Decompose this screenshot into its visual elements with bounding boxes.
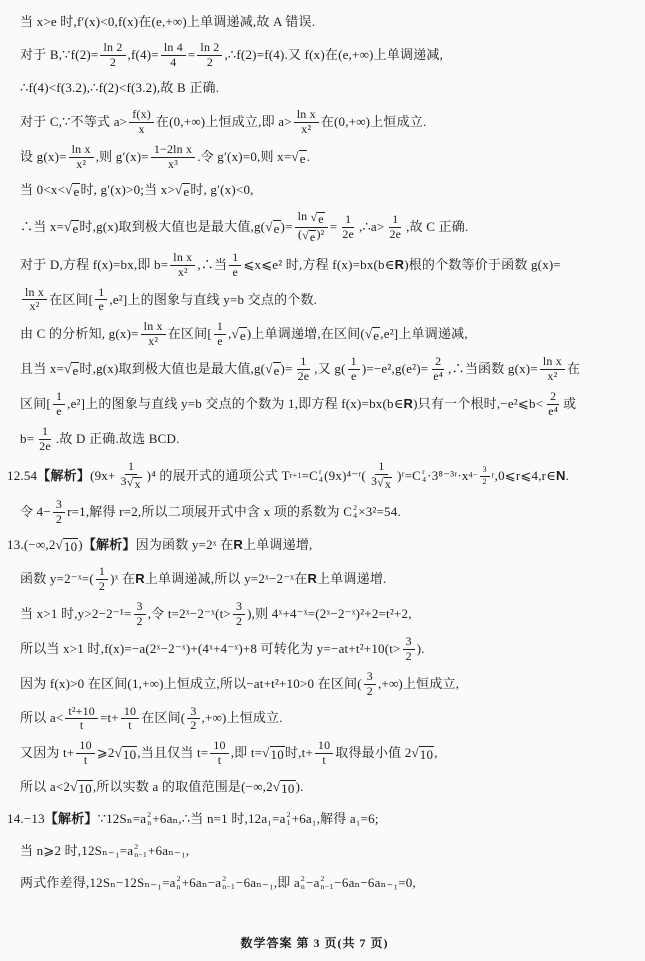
sqrt-radical: √e [64,362,79,377]
solution-line: 由 C 的分析知, g(x)=ln xx²在区间[1e,√e)上单调递增,在区间… [20,321,629,348]
fraction: 10t [315,740,333,767]
solution-line: 当 0<x<√e时, g′(x)>0;当 x>√e时, g′(x)<0, [20,179,629,203]
fraction: 12e [386,214,404,241]
fraction: 13√x [368,461,395,491]
solution-line: 当 n⩾2 时,12Sₙ₋₁=a2n−1+6aₙ₋₁, [20,839,629,863]
solution-line: 所以当 x>1 时,f(x)=−a(2ˣ−2⁻ˣ)+(4ˣ+4⁻ˣ)+8 可转化… [20,636,629,663]
fraction: 12 [96,566,108,593]
sup-sub-stack: r4 [422,468,426,484]
sup-sub-stack: 2n [177,875,181,891]
solution-line: 当 x>e 时,f′(x)<0,f(x)在(e,+∞)上单调递减,故 A 错误. [20,10,629,34]
answer-sheet-page: 当 x>e 时,f′(x)<0,f(x)在(e,+∞)上单调递减,故 A 错误.… [0,0,645,961]
page-footer: 数学答案 第 3 页(共 7 页) [0,930,629,961]
solution-line: 对于 D,方程 f(x)=bx,即 b=ln xx²,∴当1e⩽x⩽e² 时,方… [20,252,629,279]
fraction: ln 44 [161,42,186,69]
fraction: 13√x [118,461,145,491]
solution-line: 两式作差得,12Sₙ−12Sₙ₋₁=a2n+6aₙ−a2n−1−6aₙ₋₁,即 … [20,871,629,895]
fraction: 1e [348,356,360,383]
solution-line: 12.54 【解析】(9x+13√x)⁴ 的展开式的通项公式 Tr+1=Cr4(… [7,461,629,491]
fraction: 1−2ln xx³ [151,144,195,171]
fraction: ln xx² [141,321,166,348]
solution-line: ln xx²在区间[1e,e²]上的图象与直线 y=b 交点的个数. [20,287,629,314]
solution-line: 区间[1e,e²]上的图象与直线 y=b 交点的个数为 1,即方程 f(x)=b… [20,391,629,418]
fraction: 32 [187,706,199,733]
fraction: 12e [339,214,357,241]
solution-line: 对于 C,∵不等式 a>f(x)x在(0,+∞)上恒成立,即 a>ln xx²在… [20,109,629,136]
sqrt-radical: √e [265,362,280,377]
fraction: ln xx² [294,109,319,136]
sqrt-radical: √e [302,230,316,244]
fraction: 32 [134,601,146,628]
sqrt-radical: √e [311,212,325,226]
fraction: ln xx² [22,287,47,314]
solution-line: 对于 B,∵f(2)=ln 22,f(4)=ln 44=ln 22,∴f(2)=… [20,42,629,69]
solution-line: 当 x>1 时,y>2−2⁻¹=32,令 t=2ˣ−2⁻ˣ(t>32),则 4ˣ… [20,601,629,628]
sqrt-radical: √10 [262,746,285,761]
document-body: 当 x>e 时,f′(x)<0,f(x)在(e,+∞)上单调递减,故 A 错误.… [0,10,629,930]
solution-line: 14.−13 【解析】∵12Sₙ=a2n+6aₙ,∴当 n=1 时,12a₁=a… [7,807,629,831]
fraction: 32 [480,466,490,485]
sqrt-radical: √e [175,183,190,198]
sup-sub-stack: 24 [353,504,357,520]
sup-sub-stack: 21 [287,811,291,827]
sqrt-radical: √e [65,183,80,198]
sqrt-radical: √10 [273,780,296,795]
fraction: ln xx² [170,252,195,279]
fraction: f(x)x [129,109,154,136]
fraction: 10t [210,740,228,767]
sup-sub-stack: 2n−1 [134,843,147,859]
sqrt-radical: √e [64,220,79,235]
solution-line: 所以 a<t²+10t=t+10t在区间(32,+∞)上恒成立. [20,706,629,733]
solution-line: 设 g(x)=ln xx²,则 g′(x)=1−2ln xx³.令 g′(x)=… [20,144,629,171]
fraction: 32 [53,499,65,526]
fraction: 1e [53,391,65,418]
sqrt-radical: √e [365,327,380,342]
sqrt-radical: √10 [70,780,93,795]
fraction: 1e [229,252,241,279]
sup-sub-stack: 2n [301,875,305,891]
solution-line: 函数 y=2⁻ˣ=(12)ˣ 在 R 上单调递减,所以 y=2ˣ−2⁻ˣ在 R … [20,566,629,593]
sup-sub-stack: r4 [319,468,323,484]
solution-line: 且当 x=√e时,g(x)取到极大值也是最大值,g(√e)=12e,又 g(1e… [20,356,629,383]
fraction: 10t [121,706,139,733]
sqrt-radical: √10 [56,538,79,553]
solution-line: ∴当 x=√e时,g(x)取到极大值也是最大值,g(√e)=ln √e(√e)²… [20,211,629,244]
fraction: 12e [36,426,54,453]
fraction: ln 22 [197,42,222,69]
solution-line: 令 4−32r=1,解得 r=2,所以二项展开式中含 x 项的系数为 C24×3… [20,499,629,526]
sup-sub-stack: 2n−1 [321,875,334,891]
fraction: 32 [403,636,415,663]
fraction: 12e [295,356,313,383]
solution-line: ∴f(4)<f(3.2),∴f(2)<f(3.2),故 B 正确. [20,77,629,101]
sqrt-radical: √e [265,220,280,235]
sup-sub-stack: 2n−1 [222,875,235,891]
sqrt-radical: √10 [411,746,434,761]
fraction: 2e⁴ [545,391,561,418]
sqrt-radical: √e [232,327,247,342]
solution-line: 又因为 t+10t⩾2√10,当且仅当 t=10t,即 t=√10时,t+10t… [20,740,629,767]
solution-line: 13.(−∞,2√10) 【解析】因为函数 y=2ˣ 在 R 上单调递增, [7,534,629,558]
fraction: ln 22 [100,42,125,69]
fraction: ln xx² [540,356,565,383]
solution-line: 因为 f(x)>0 在区间(1,+∞)上恒成立,所以−at+t²+10>0 在区… [20,671,629,698]
fraction: ln √e(√e)² [295,211,328,244]
fraction: 32 [233,601,245,628]
sup-sub-stack: 2n [147,811,151,827]
fraction: 1e [95,287,107,314]
sqrt-radical: √x [377,477,392,491]
solution-line: 所以 a<2√10,所以实数 a 的取值范围是(−∞,2√10). [20,775,629,799]
fraction: 32 [364,671,376,698]
solution-line: b=12e.故 D 正确.故选 BCD. [20,426,629,453]
fraction: 1e [214,321,226,348]
fraction: 2e⁴ [430,356,446,383]
sqrt-radical: √x [127,477,142,491]
fraction: t²+10t [65,706,98,733]
sqrt-radical: √10 [115,746,138,761]
sqrt-radical: √e [291,150,306,165]
fraction: 10t [76,740,94,767]
fraction: ln xx² [69,144,94,171]
